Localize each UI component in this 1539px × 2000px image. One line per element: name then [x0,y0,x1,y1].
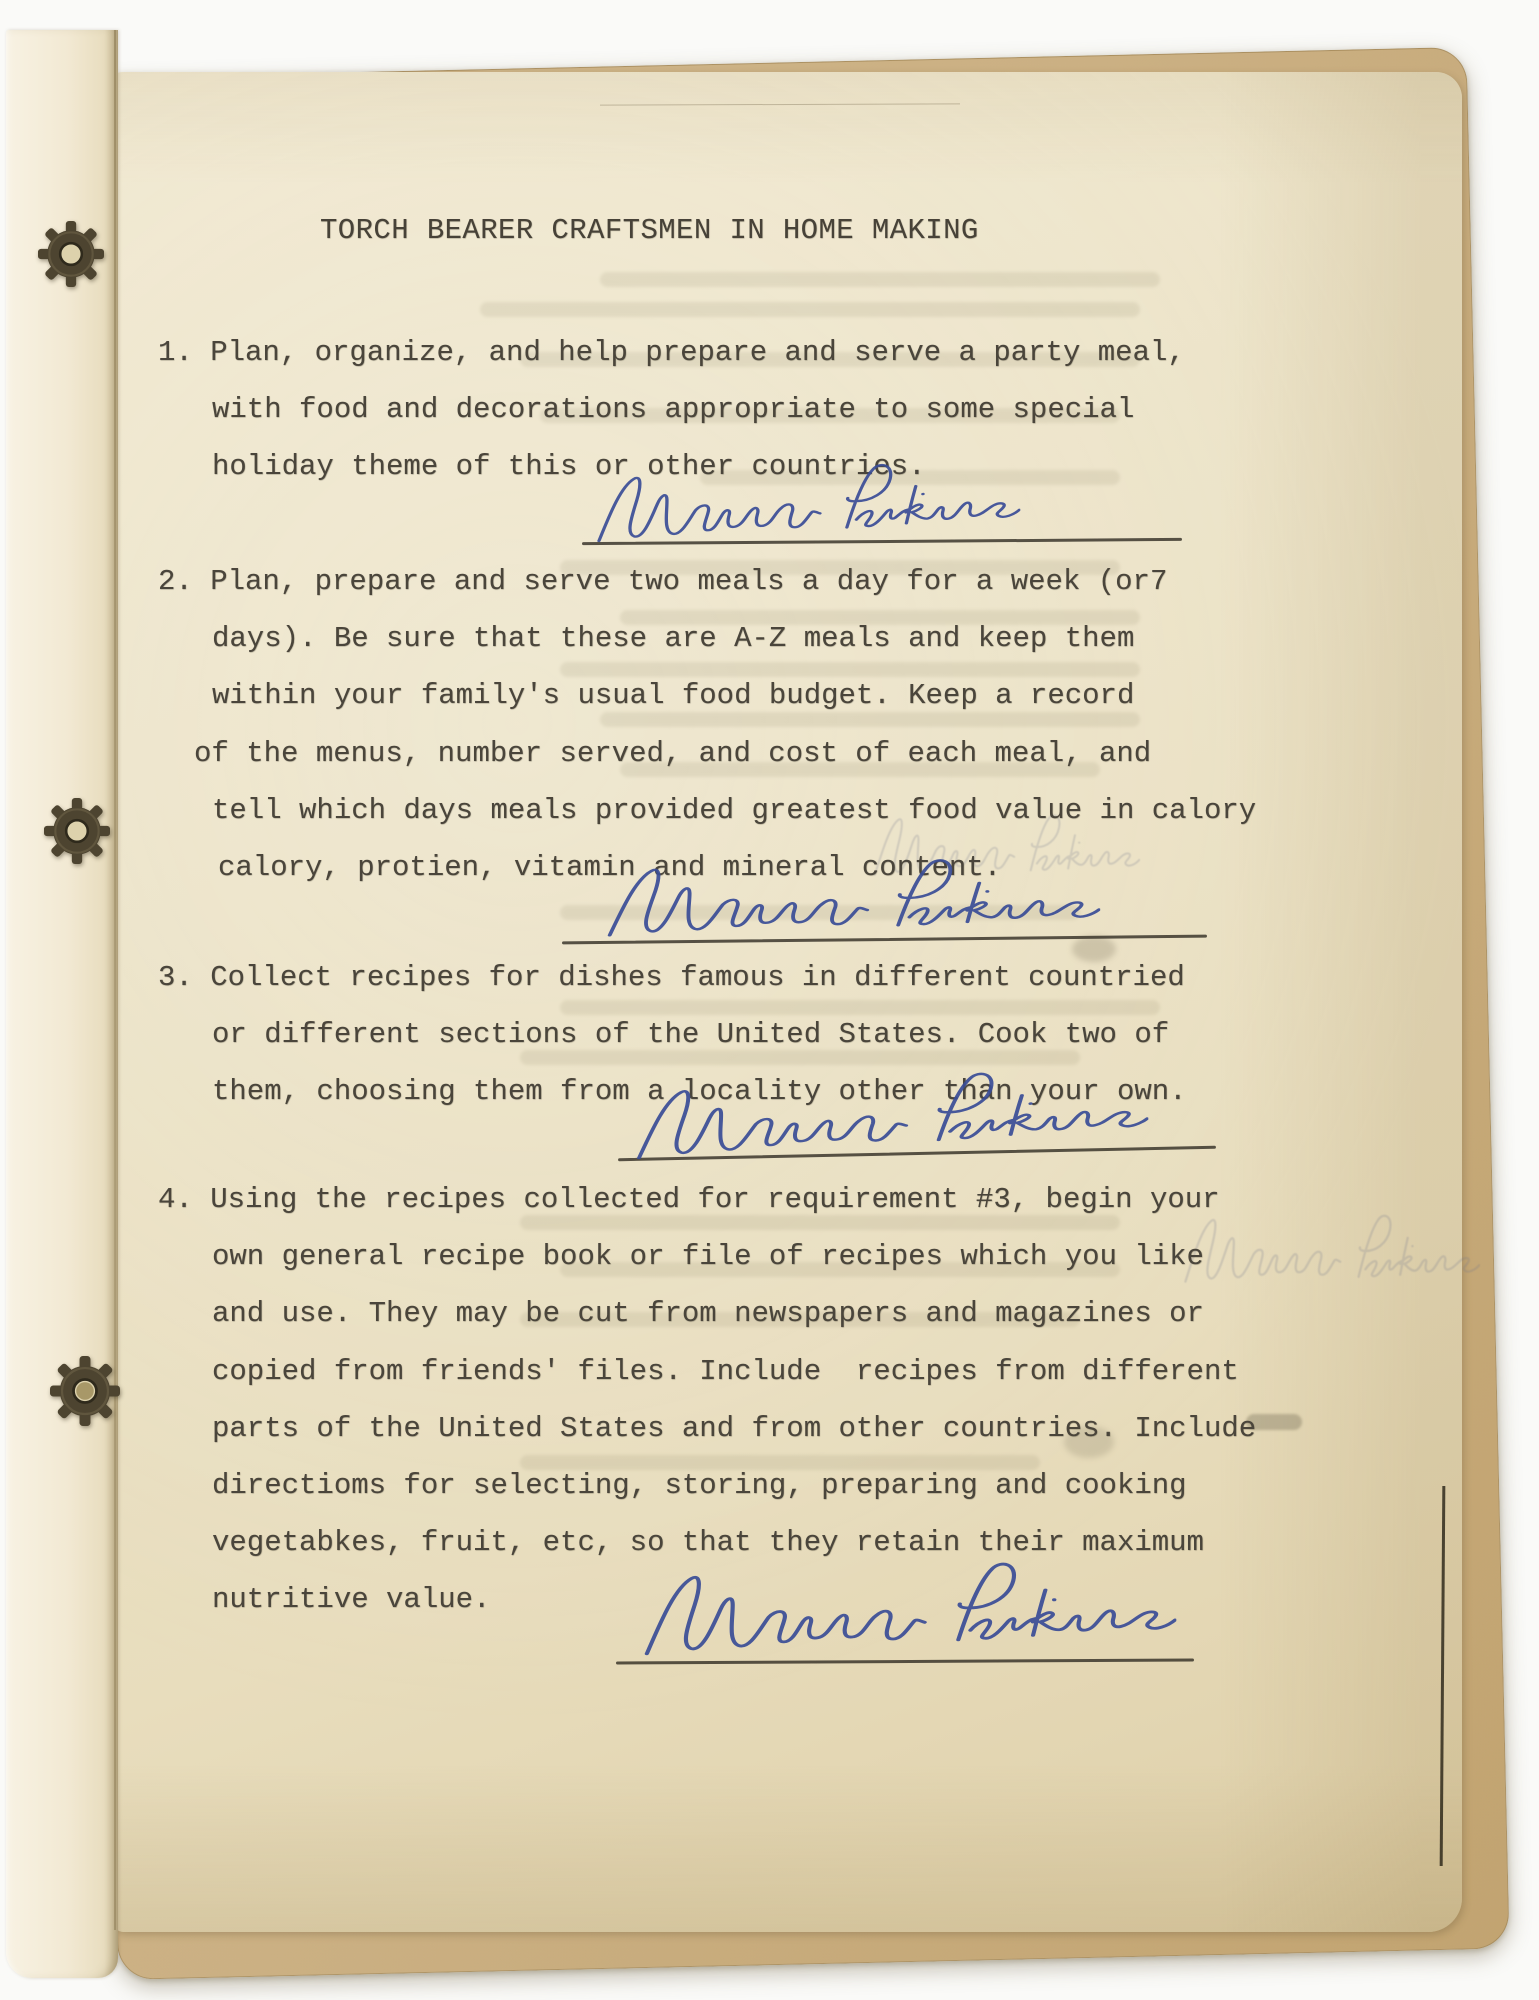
item-2-line-3: within your family's usual food budget. … [212,681,1134,710]
item-4-line-8: nutritive value. [212,1585,490,1614]
bleed-through-streak [480,302,1140,317]
item-2-line-1: 2. Plan, prepare and serve two meals a d… [158,567,1167,596]
document-photo: TORCH BEARER CRAFTSMEN IN HOME MAKING 1.… [0,0,1539,2000]
brass-fastener-icon [44,798,110,864]
bleed-through-streak [520,1050,1080,1065]
brass-fastener-icon [38,221,104,287]
item-2-line-4: of the menus, number served, and cost of… [194,739,1151,768]
bleed-through-streak [560,662,1140,677]
item-1-line-2: with food and decorations appropriate to… [212,395,1134,424]
signature-wanna-perkins: Wanna Perkins [589,457,1022,554]
bleed-through-streak [520,1215,1120,1230]
item-4-line-6: directioms for selecting, storing, prepa… [212,1471,1187,1500]
bleed-through-streak [600,712,1140,727]
item-3-line-1: 3. Collect recipes for dishes famous in … [158,963,1185,992]
item-2-line-5: tell which days meals provided greatest … [212,796,1256,825]
page-title: TORCH BEARER CRAFTSMEN IN HOME MAKING [320,216,979,245]
bleed-through-streak [600,272,1160,287]
binding-strip [6,30,118,1978]
item-4-line-7: vegetabkes, fruit, etc, so that they ret… [212,1528,1204,1557]
item-4-line-5: parts of the United States and from othe… [212,1414,1256,1443]
binding-crease [114,30,116,1930]
item-4-line-4: copied from friends' files. Include reci… [212,1357,1239,1386]
item-2-line-2: days). Be sure that these are A-Z meals … [212,624,1134,653]
item-1-line-1: 1. Plan, organize, and help prepare and … [158,338,1185,367]
bleed-through-streak [560,1000,1160,1015]
bleed-through-signature [1180,1212,1480,1278]
signature-wanna-perkins: Wanna Perkins [635,1555,1177,1669]
bleed-through-streak [520,1455,1040,1470]
item-4-line-3: and use. They may be cut from newspapers… [212,1299,1204,1328]
item-4-line-2: own general recipe book or file of recip… [212,1242,1204,1271]
item-3-line-2: or different sections of the United Stat… [212,1020,1169,1049]
item-4-line-1: 4. Using the recipes collected for requi… [158,1185,1220,1214]
brass-fastener-icon [50,1356,120,1426]
signature-wanna-perkins: Wanna Perkins [599,854,1100,949]
